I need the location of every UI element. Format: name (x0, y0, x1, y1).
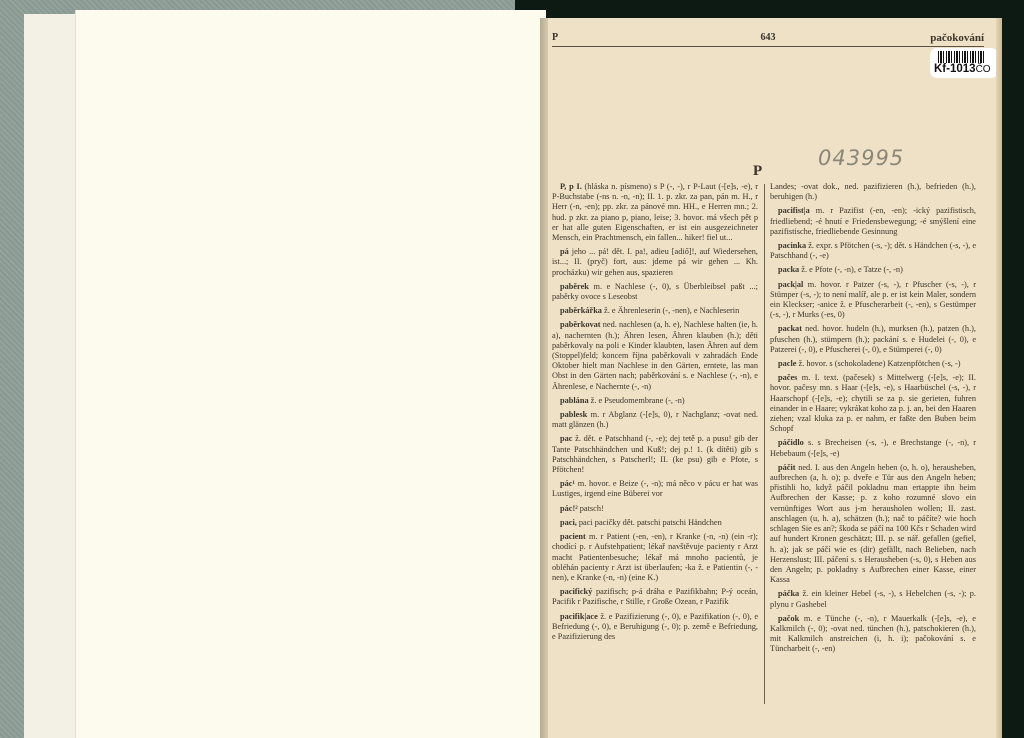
dictionary-entry: paběrkovat ned. nachlesen (a, h. e), Nac… (552, 320, 758, 391)
dictionary-entry: pac ž. dět. e Patschhand (-, -e); dej te… (552, 434, 758, 475)
entry-definition: ž. hovor. s (schokoladene) Katzenpfötche… (799, 359, 961, 368)
dictionary-entry: paběrek m. e Nachlese (-, 0), s Überblei… (552, 282, 758, 302)
entry-headword: packa (778, 265, 801, 274)
entry-headword: páčit (778, 463, 798, 472)
dictionary-entry: paci, paci pacičky dět. patschi patschi … (552, 518, 758, 528)
entry-definition: paci pacičky dět. patschi patschi Händch… (579, 518, 722, 527)
entry-definition: patsch! (580, 504, 604, 513)
dictionary-entry: pablána ž. e Pseudomembrane (-, -n) (552, 396, 758, 406)
dictionary-entry: pacifický pazifisch; p-á dráha e Pazifik… (552, 587, 758, 607)
entry-definition: ned. nachlesen (a, h. e), Nachlese halte… (552, 320, 758, 390)
dictionary-entry: pačes m. I. text. (pačesek) s Mittelwerg… (770, 373, 976, 434)
dictionary-entry: Landes; -ovat dok., ned. pazifizieren (h… (770, 182, 976, 202)
entry-headword: pác!² (560, 504, 580, 513)
barcode-code: Kf-1013ČO (934, 63, 991, 75)
entry-definition: ž. e Ährenleserin (-, -nen), e Nachleser… (604, 306, 739, 315)
dictionary-entry: pá jeho ... pá! dět. I. pa!, adieu [adiő… (552, 247, 758, 278)
barcode-code-suffix: ČO (976, 64, 991, 75)
dictionary-entry: páčidlo s. s Brecheisen (-s, -), e Brech… (770, 438, 976, 458)
dictionary-entry: pacifist|a m. r Pazifist (-en, -en); -ic… (770, 206, 976, 237)
entry-headword: pacinka (778, 241, 808, 250)
entry-definition: jeho ... pá! dět. I. pa!, adieu [adiő]!,… (552, 247, 758, 276)
page-header: P 643 pačokování (552, 30, 984, 47)
guide-word: pačokování (930, 32, 984, 44)
entry-definition: m. hovor. e Beize (-, -n); má něco v pác… (552, 479, 758, 498)
entry-definition: (hláska n. písmeno) s P (-, -), r P-Laut… (552, 182, 758, 242)
entry-headword: pablesk (560, 410, 591, 419)
entry-headword: paci, (560, 518, 579, 527)
dictionary-entry: pablesk m. r Abglanz (-[e]s, 0), r Nachg… (552, 410, 758, 430)
dictionary-entry: pačok m. e Tünche (-, -n), r Mauerkalk (… (770, 614, 976, 655)
entry-headword: packat (778, 324, 805, 333)
dictionary-entry: pacle ž. hovor. s (schokoladene) Katzenp… (770, 359, 976, 369)
entry-definition: Landes; -ovat dok., ned. pazifizieren (h… (770, 182, 976, 201)
entry-headword: pačok (778, 614, 804, 623)
entry-headword: pacle (778, 359, 799, 368)
entry-headword: paběrkovat (560, 320, 603, 329)
right-column: Landes; -ovat dok., ned. pazifizieren (h… (770, 182, 976, 659)
column-divider (764, 184, 765, 704)
entry-definition: ž. e Pfote (-, -n), e Tatze (-, -n) (801, 265, 903, 274)
dictionary-entry: pác¹ m. hovor. e Beize (-, -n); má něco … (552, 479, 758, 499)
entry-headword: páčka (778, 589, 802, 598)
entry-headword: pá (560, 247, 572, 256)
entry-headword: paběrek (560, 282, 594, 291)
page-number: 643 (552, 32, 984, 43)
entry-headword: pacifik|ace (560, 612, 600, 621)
blank-left-page (76, 10, 546, 738)
entry-headword: pacifist|a (778, 206, 816, 215)
dictionary-entry: pacinka ž. expr. s Pfötchen (-s, -); dět… (770, 241, 976, 261)
dictionary-entry: páčit ned. I. aus den Angeln heben (o, h… (770, 463, 976, 585)
entry-definition: ž. dět. e Patschhand (-, -e); dej tetě p… (552, 434, 758, 474)
dictionary-entry: P, p I. (hláska n. písmeno) s P (-, -), … (552, 182, 758, 243)
entry-headword: P, p I. (560, 182, 585, 191)
left-column: P, p I. (hláska n. písmeno) s P (-, -), … (552, 182, 758, 646)
dictionary-entry: pacient m. r Patient (-en, -en), r Krank… (552, 532, 758, 583)
entry-definition: ž. e Pseudomembrane (-, -n) (591, 396, 685, 405)
entry-headword: pác¹ (560, 479, 578, 488)
dictionary-entry: packa ž. e Pfote (-, -n), e Tatze (-, -n… (770, 265, 976, 275)
entry-headword: pacifický (560, 587, 596, 596)
barcode-code-main: Kf-1013 (934, 63, 976, 75)
entry-definition: ned. I. aus den Angeln heben (o, h. o), … (770, 463, 976, 584)
dictionary-entry: pack|al m. hovor. r Patzer (-s, -), r Pf… (770, 280, 976, 321)
entry-headword: pack|al (778, 280, 808, 289)
dictionary-page: P 643 pačokování Kf-1013ČO 043995 P P, p… (548, 18, 998, 738)
entry-definition: m. I. text. (pačesek) s Mittelwerg (-[e]… (770, 373, 976, 433)
dictionary-entry: packat ned. hovor. hudeln (h.), murksen … (770, 324, 976, 355)
dictionary-entry: páčka ž. ein kleiner Hebel (-s, -), s He… (770, 589, 976, 609)
entry-headword: páčidlo (778, 438, 808, 447)
section-letter-heading: P (753, 163, 762, 180)
barcode-icon (938, 51, 984, 63)
entry-headword: paběrkářka (560, 306, 604, 315)
dictionary-entry: pác!² patsch! (552, 504, 758, 514)
dictionary-entry: paběrkářka ž. e Ährenleserin (-, -nen), … (552, 306, 758, 316)
entry-headword: pablána (560, 396, 591, 405)
entry-headword: pacient (560, 532, 589, 541)
dictionary-entry: pacifik|ace ž. e Pazifizierung (-, 0), e… (552, 612, 758, 643)
entry-headword: pačes (778, 373, 802, 382)
library-barcode-label: Kf-1013ČO (930, 48, 998, 78)
handwritten-inventory-number: 043995 (818, 146, 904, 170)
page-edge (996, 18, 1002, 738)
entry-headword: pac (560, 434, 575, 443)
